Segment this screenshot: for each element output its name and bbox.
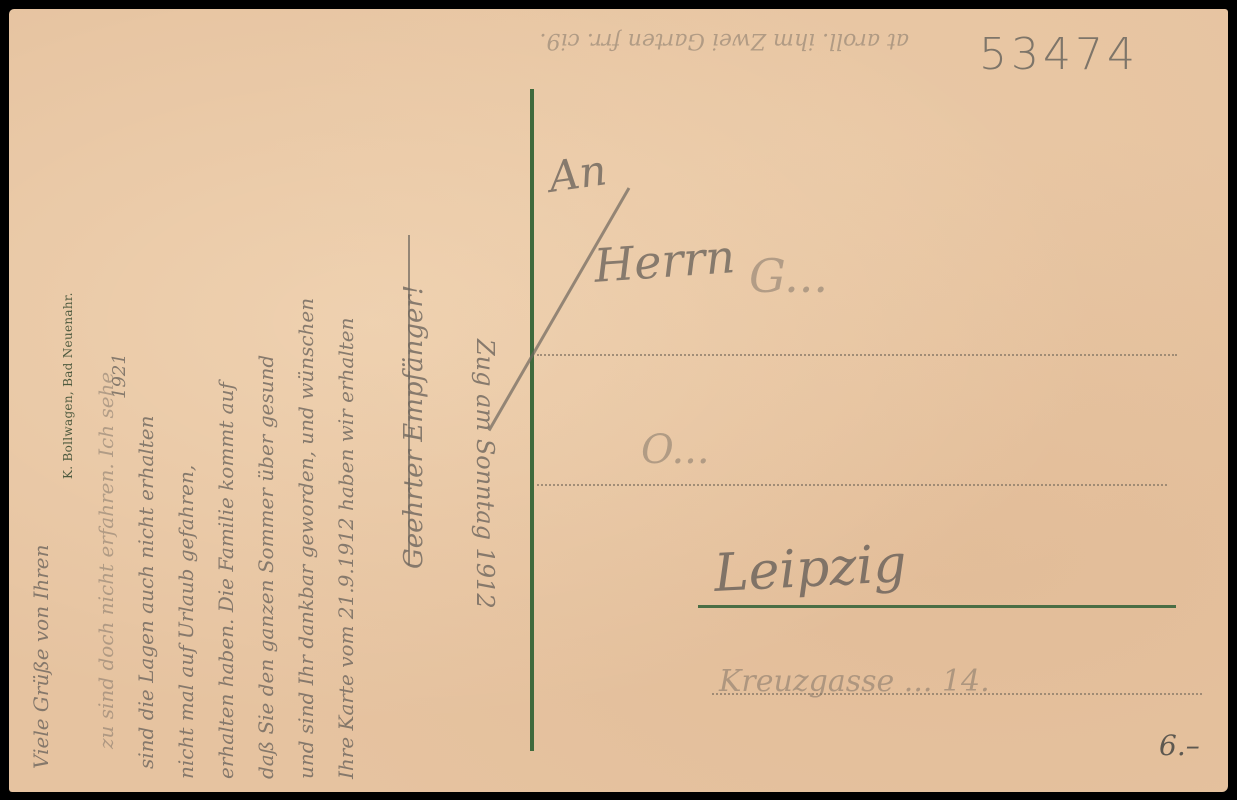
price-mark: 6.– [1159,729,1200,762]
message-line: Ihre Karte vom 21.9.1912 haben wir erhal… [334,318,358,779]
address-line-2 [537,484,1167,486]
top-margin-note: at aroll. ihm Zwei Garten frr. ci9. [540,28,909,53]
postcard-back: at aroll. ihm Zwei Garten frr. ci9. 5347… [9,9,1228,792]
address-salutation: An [546,145,610,202]
address-recipient-title: Herrn [592,229,736,293]
message-line: daß Sie den ganzen Sommer über gesund [254,355,278,779]
pen-flourish [488,187,631,431]
center-divider [530,89,534,751]
message-line: zu sind doch nicht erfahren. Ich sehe [94,372,118,749]
year-mark: 1921 [109,353,130,399]
greeting: Geehrter Empfänger! [399,285,429,569]
message-line: und sind Ihr dankbar geworden, und wünsc… [294,298,318,779]
address-line-3 [712,693,1202,695]
date-line: Zug am Sonntag 1912 [471,339,499,609]
message-line: Viele Grüße von Ihren [29,544,53,769]
address-line2-text: O... [641,427,710,473]
message-line: sind die Lagen auch nicht erhalten [134,415,158,769]
message-line: erhalten haben. Die Familie kommt auf [214,382,238,779]
greeting-underline [408,235,410,565]
address-recipient-name: G... [749,249,828,303]
message-line: nicht mal auf Urlaub gefahren, [174,465,198,779]
publisher-imprint: K. Bollwagen, Bad Neuenahr. [61,292,75,479]
city-underline [698,605,1176,608]
address-city: Leipzig [713,534,908,604]
stock-number: 53474 [979,29,1139,80]
address-line-1 [537,354,1177,356]
